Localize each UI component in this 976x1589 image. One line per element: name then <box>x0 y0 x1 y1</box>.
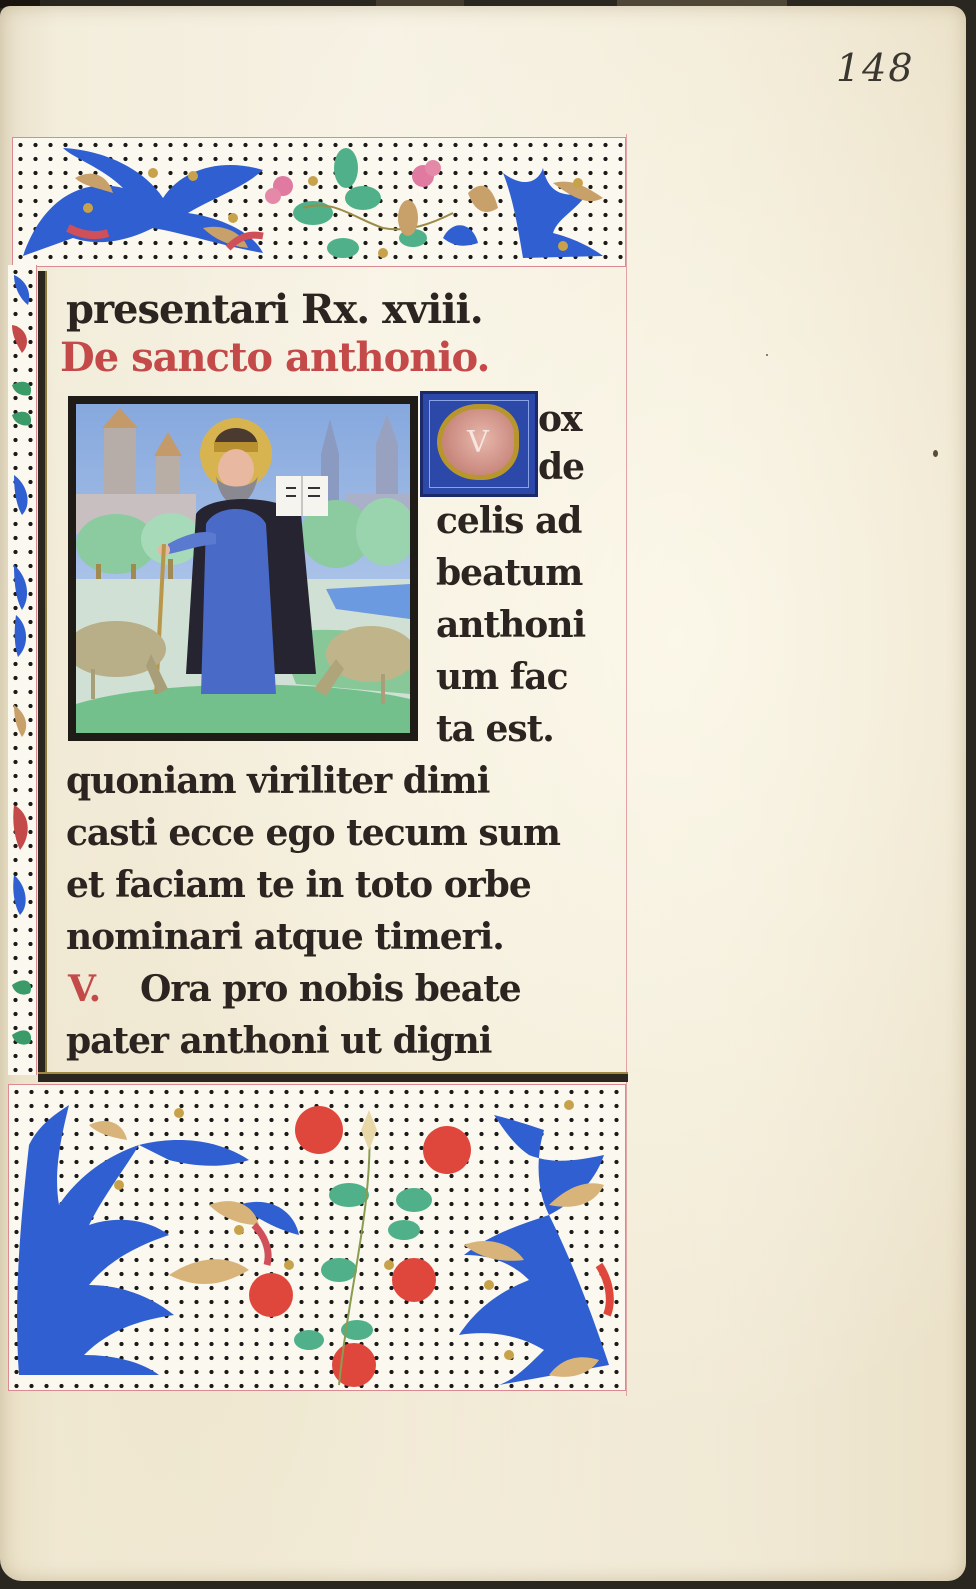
miniature-frame <box>68 396 418 741</box>
ink-speck-2 <box>766 354 768 356</box>
acanthus-foliage-icon <box>13 138 625 266</box>
body-line-1: quoniam viriliter dimi <box>66 760 489 802</box>
ruling-line-right <box>626 134 627 1396</box>
body-line-4: nominari atque timeri. <box>66 916 504 958</box>
body-line-6: pater anthoni ut digni <box>66 1020 491 1062</box>
text-block-frame-left <box>38 271 45 1081</box>
versicle-mark: V. <box>68 968 100 1010</box>
beside-line-1: ox <box>538 398 581 440</box>
manuscript-folio: 148 <box>0 6 966 1581</box>
top-decorative-border <box>12 137 626 267</box>
strawberry-acanthus-icon <box>9 1085 625 1390</box>
folio-number: 148 <box>836 46 915 90</box>
marginal-foliage-icon <box>8 265 36 1075</box>
body-line-2: casti ecce ego tecum sum <box>66 812 560 854</box>
body-line-3: et faciam te in toto orbe <box>66 864 531 906</box>
beside-line-2: de <box>538 446 584 488</box>
left-decorative-border <box>8 265 37 1075</box>
bottom-decorative-border <box>8 1084 626 1391</box>
text-line-1: presentari Rx. xviii. <box>66 286 483 333</box>
beside-line-6: um fac <box>436 656 568 698</box>
ink-speck-1 <box>933 450 938 457</box>
text-block-frame-bottom <box>38 1074 628 1082</box>
initial-letter-v: V <box>437 404 519 480</box>
beside-line-4: beatum <box>436 552 582 594</box>
illuminated-initial: V <box>420 391 538 497</box>
initial-glyph: V <box>467 425 489 460</box>
beside-line-3: celis ad <box>436 500 581 542</box>
miniature-saint-anthony <box>76 404 410 733</box>
body-line-5: Ora pro nobis beate <box>140 968 521 1010</box>
beside-line-7: ta est. <box>436 708 554 750</box>
rubric-heading: De sancto anthonio. <box>60 334 489 381</box>
beside-line-5: anthoni <box>436 604 585 646</box>
